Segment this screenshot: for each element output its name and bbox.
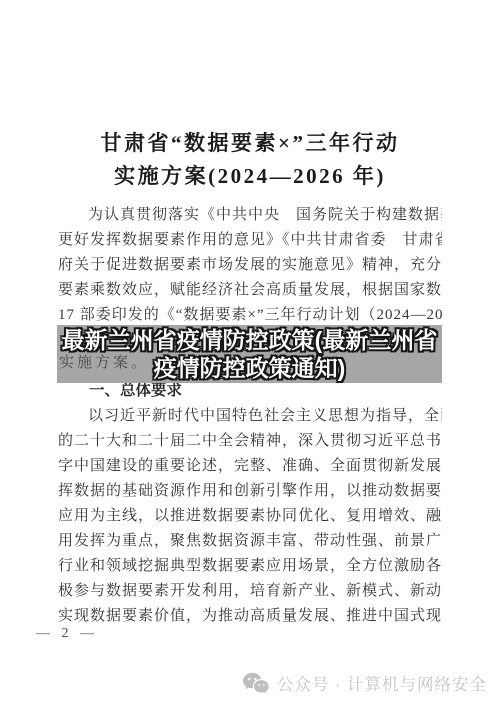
paragraph2-line: 应用为主线，以推进数据要素协同优化、复用增效、融合创新作 (58, 504, 442, 529)
watermark-text: 最新兰州省疫情防控政策(最新兰州省 疫情防控政策通知) (57, 326, 442, 382)
paragraph2-line: 字中国建设的重要论述，完整、准确、全面贯彻新发展理念，发 (58, 454, 442, 479)
wechat-icon (242, 672, 270, 695)
document-page: 甘肃省“数据要素×”三年行动 实施方案(2024—2026 年) 为认真贯彻落实… (0, 0, 500, 706)
paragraph2-line: 以习近平新时代中国特色社会主义思想为指导，全面贯彻党 (58, 404, 442, 429)
paragraph2-line: 极参与数据要素开发利用，培育新产业、新模式、新动能，充分 (58, 579, 442, 604)
paragraph1-line: 府关于促进数据要素市场发展的实施意见》精神，充分发挥数据 (58, 253, 442, 278)
paragraph1-line: 为认真贯彻落实《中共中央 国务院关于构建数据基础制度 (58, 203, 442, 228)
document-title-line2: 实施方案(2024—2026 年) (0, 160, 500, 193)
document-title-line1: 甘肃省“数据要素×”三年行动 (0, 127, 500, 160)
paragraph1-line: 要素乘数效应，赋能经济社会高质量发展，根据国家数据局等 (58, 278, 442, 303)
document-title: 甘肃省“数据要素×”三年行动 实施方案(2024—2026 年) (0, 127, 500, 193)
document-body: 为认真贯彻落实《中共中央 国务院关于构建数据基础制度 更好发挥数据要素作用的意见… (58, 203, 442, 629)
footer-label: 公众号 · 计算机与网络安全 (277, 671, 487, 695)
footer: 公众号 · 计算机与网络安全 (242, 671, 487, 695)
paragraph2-line: 用发挥为重点，聚焦数据资源丰富、带动性强、前景广阔的重点 (58, 529, 442, 554)
watermark-text-line2: 疫情防控政策通知) (57, 354, 442, 382)
paragraph2-line: 实现数据要素价值，为推动高质量发展、推进中国式现代化甘肃 (58, 604, 442, 629)
paragraph2-line: 行业和领域挖掘典型数据要素应用场景，全方位激励各类主体积 (58, 554, 442, 579)
paragraph2-line: 挥数据的基础资源作用和创新引擎作用，以推动数据要素高水平 (58, 479, 442, 504)
paragraph2-line: 的二十大和二十届二中全会精神，深入贯彻习近平总书记关于数 (58, 429, 442, 454)
watermark-text-line1: 最新兰州省疫情防控政策(最新兰州省 (57, 326, 442, 354)
paragraph1-line: 更好发挥数据要素作用的意见》《中共甘肃省委 甘肃省人民政 (58, 228, 442, 253)
page-number: — 2 — (36, 626, 98, 642)
